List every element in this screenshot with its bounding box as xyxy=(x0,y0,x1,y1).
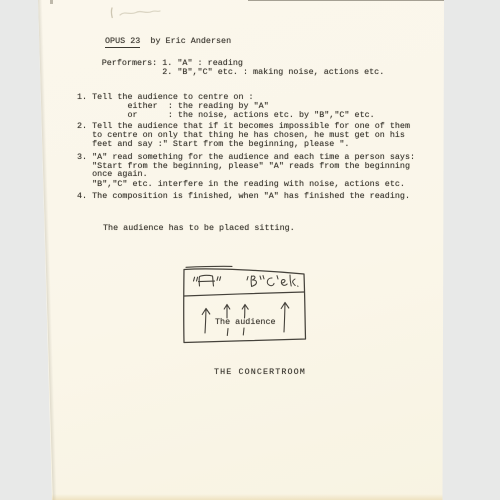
concertroom-caption: THE CONCERTROOM xyxy=(214,368,306,377)
instruction-4: 4. The composition is finished, when "A"… xyxy=(77,192,410,201)
audience-label: The audience xyxy=(215,318,276,327)
instruction-3-line-4: "B","C" etc. interfere in the reading wi… xyxy=(77,180,405,189)
audience-note: The audience has to be placed sitting. xyxy=(103,224,295,233)
scan-edge-line xyxy=(248,0,444,1)
pencil-scribble xyxy=(105,2,195,30)
instruction-1-or: or : the noise, actions etc. by "B","C" … xyxy=(77,111,375,120)
byline: by Eric Andersen xyxy=(140,36,231,46)
page-bottom-edge-shadow xyxy=(50,494,444,500)
opus-number: OPUS 23 xyxy=(105,36,140,48)
performers-line-2: 2. "B","C" etc. : making noise, actions … xyxy=(102,68,385,77)
concertroom-diagram xyxy=(160,255,330,355)
instruction-3-line-3: once again. xyxy=(77,170,148,179)
scan-edge-mark xyxy=(50,0,53,4)
performer-a-label-handwritten xyxy=(194,275,221,286)
scanned-page-background: OPUS 23 by Eric Andersen Performers: 1. … xyxy=(0,0,500,500)
title-line: OPUS 23 by Eric Andersen xyxy=(105,37,231,46)
stage-divider-line xyxy=(184,292,304,296)
page-left-edge-shadow xyxy=(38,0,57,500)
performers-bc-label-handwritten xyxy=(247,275,298,287)
document-page: OPUS 23 by Eric Andersen Performers: 1. … xyxy=(0,0,500,500)
instruction-2-line-3: feet and say :" Start from the beginning… xyxy=(77,140,349,149)
